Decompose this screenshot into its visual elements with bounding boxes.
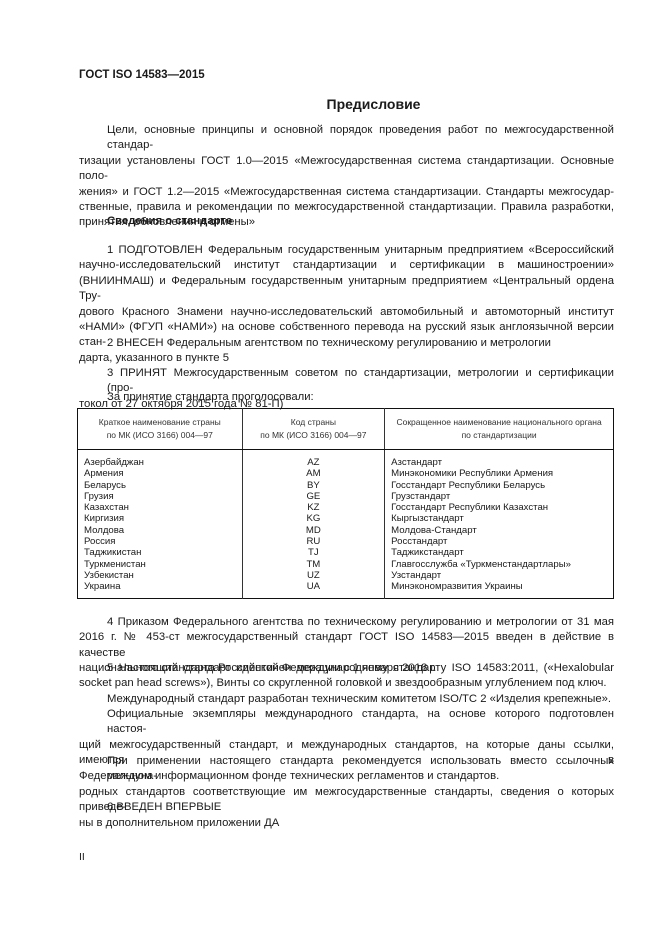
code-cell: MD	[242, 525, 385, 536]
code-cell: AM	[242, 468, 385, 479]
table-row: РоссияRUРосстандарт	[78, 536, 614, 547]
text-line: socket pan head screws»), Винты со скруг…	[79, 676, 614, 691]
item-5-application-note: При применении настоящего стандарта реко…	[79, 754, 614, 831]
text-line: 4 Приказом Федерального агентства по тех…	[79, 615, 614, 630]
code-cell: GE	[242, 491, 385, 502]
code-cell: UA	[242, 581, 385, 598]
code-cell: AZ	[242, 450, 385, 469]
page-title: Предисловие	[0, 96, 661, 112]
country-cell: Грузия	[78, 491, 243, 502]
table-row: АрменияAMМинэкономики Республики Армения	[78, 468, 614, 479]
agency-cell: Таджикстандарт	[385, 547, 614, 558]
table-row: БеларусьBYГосстандарт Республики Беларус…	[78, 480, 614, 491]
item-6-paragraph: 6 ВВЕДЕН ВПЕРВЫЕ	[107, 800, 221, 815]
text-line: дарта, указанного в пункте 5	[79, 351, 614, 366]
agency-cell: Кыргызстандарт	[385, 513, 614, 524]
text-line: тизации установлены ГОСТ 1.0—2015 «Межго…	[79, 154, 614, 185]
agency-cell: Азстандарт	[385, 450, 614, 469]
item-5-paragraph: 5 Настоящий стандарт идентичен междунаро…	[79, 661, 614, 692]
table-row: МолдоваMDМолдова-Стандарт	[78, 525, 614, 536]
table-row: ГрузияGEГрузстандарт	[78, 491, 614, 502]
text-line: Цели, основные принципы и основной поряд…	[79, 123, 614, 154]
country-cell: Молдова	[78, 525, 243, 536]
country-cell: Казахстан	[78, 502, 243, 513]
text-line: дового Красного Знамени научно-исследова…	[79, 305, 614, 320]
text-line: 1 ПОДГОТОВЛЕН Федеральным государственны…	[79, 243, 614, 258]
page-number: II	[79, 851, 85, 863]
agency-cell: Росстандарт	[385, 536, 614, 547]
section-heading: Сведения о стандарте	[107, 215, 232, 227]
country-cell: Туркменистан	[78, 559, 243, 570]
code-cell: TJ	[242, 547, 385, 558]
text-line: Официальные экземпляры международного ст…	[79, 707, 614, 738]
text-line: жения» и ГОСТ 1.2—2015 «Межгосударственн…	[79, 185, 614, 200]
table-row: ТуркменистанTMГлавгосслужба «Туркменстан…	[78, 559, 614, 570]
code-cell: RU	[242, 536, 385, 547]
agency-cell: Госстандарт Республики Беларусь	[385, 480, 614, 491]
table-row: КазахстанKZГосстандарт Республики Казахс…	[78, 502, 614, 513]
country-cell: Киргизия	[78, 513, 243, 524]
text-line: научно-исследовательский институт станда…	[79, 258, 614, 273]
country-cell: Азербайджан	[78, 450, 243, 469]
country-cell: Армения	[78, 468, 243, 479]
code-cell: TM	[242, 559, 385, 570]
text-line: При применении настоящего стандарта реко…	[79, 754, 614, 785]
country-cell: Узбекистан	[78, 570, 243, 581]
table-header-row: Краткое наименование страныпо МК (ИСО 31…	[78, 409, 614, 450]
agency-cell: Главгосслужба «Туркменстандартлары»	[385, 559, 614, 570]
text-line: ственные, правила и рекомендации по межг…	[79, 200, 614, 215]
text-line: (ВНИИНМАШ) и Федеральным государственным…	[79, 274, 614, 305]
item-2-paragraph: 2 ВНЕСЕН Федеральным агентством по техни…	[107, 336, 551, 351]
text-line: 5 Настоящий стандарт идентичен междунаро…	[79, 661, 614, 676]
item-5-committee: Международный стандарт разработан технич…	[79, 692, 614, 707]
code-cell: KG	[242, 513, 385, 524]
code-cell: KZ	[242, 502, 385, 513]
agency-cell: Грузстандарт	[385, 491, 614, 502]
table-row: УкраинаUAМинэкономразвития Украины	[78, 581, 614, 598]
column-header-country: Краткое наименование страныпо МК (ИСО 31…	[78, 409, 243, 450]
column-header-agency: Сокращенное наименование национального о…	[385, 409, 614, 450]
table-row: АзербайджанAZАзстандарт	[78, 450, 614, 469]
agency-cell: Госстандарт Республики Казахстан	[385, 502, 614, 513]
voting-countries-table: Краткое наименование страныпо МК (ИСО 31…	[77, 408, 614, 599]
column-header-code: Код страныпо МК (ИСО 3166) 004—97	[242, 409, 385, 450]
text-line: 2016 г. № 453-ст межгосударственный стан…	[79, 630, 614, 661]
agency-cell: Минэкономразвития Украины	[385, 581, 614, 598]
code-cell: UZ	[242, 570, 385, 581]
table-row: КиргизияKGКыргызстандарт	[78, 513, 614, 524]
document-page: ГОСТ ISO 14583—2015 Предисловие Цели, ос…	[0, 0, 661, 936]
agency-cell: Узстандарт	[385, 570, 614, 581]
country-cell: Таджикистан	[78, 547, 243, 558]
agency-cell: Минэкономики Республики Армения	[385, 468, 614, 479]
country-cell: Украина	[78, 581, 243, 598]
table-row: УзбекистанUZУзстандарт	[78, 570, 614, 581]
text-line: ны в дополнительном приложении ДА	[79, 816, 614, 831]
document-id-header: ГОСТ ISO 14583—2015	[79, 69, 205, 81]
country-cell: Россия	[78, 536, 243, 547]
country-cell: Беларусь	[78, 480, 243, 491]
code-cell: BY	[242, 480, 385, 491]
vote-intro: За принятие стандарта проголосовали:	[107, 390, 314, 405]
text-line: Международный стандарт разработан технич…	[79, 692, 614, 707]
table-row: ТаджикистанTJТаджикстандарт	[78, 547, 614, 558]
agency-cell: Молдова-Стандарт	[385, 525, 614, 536]
